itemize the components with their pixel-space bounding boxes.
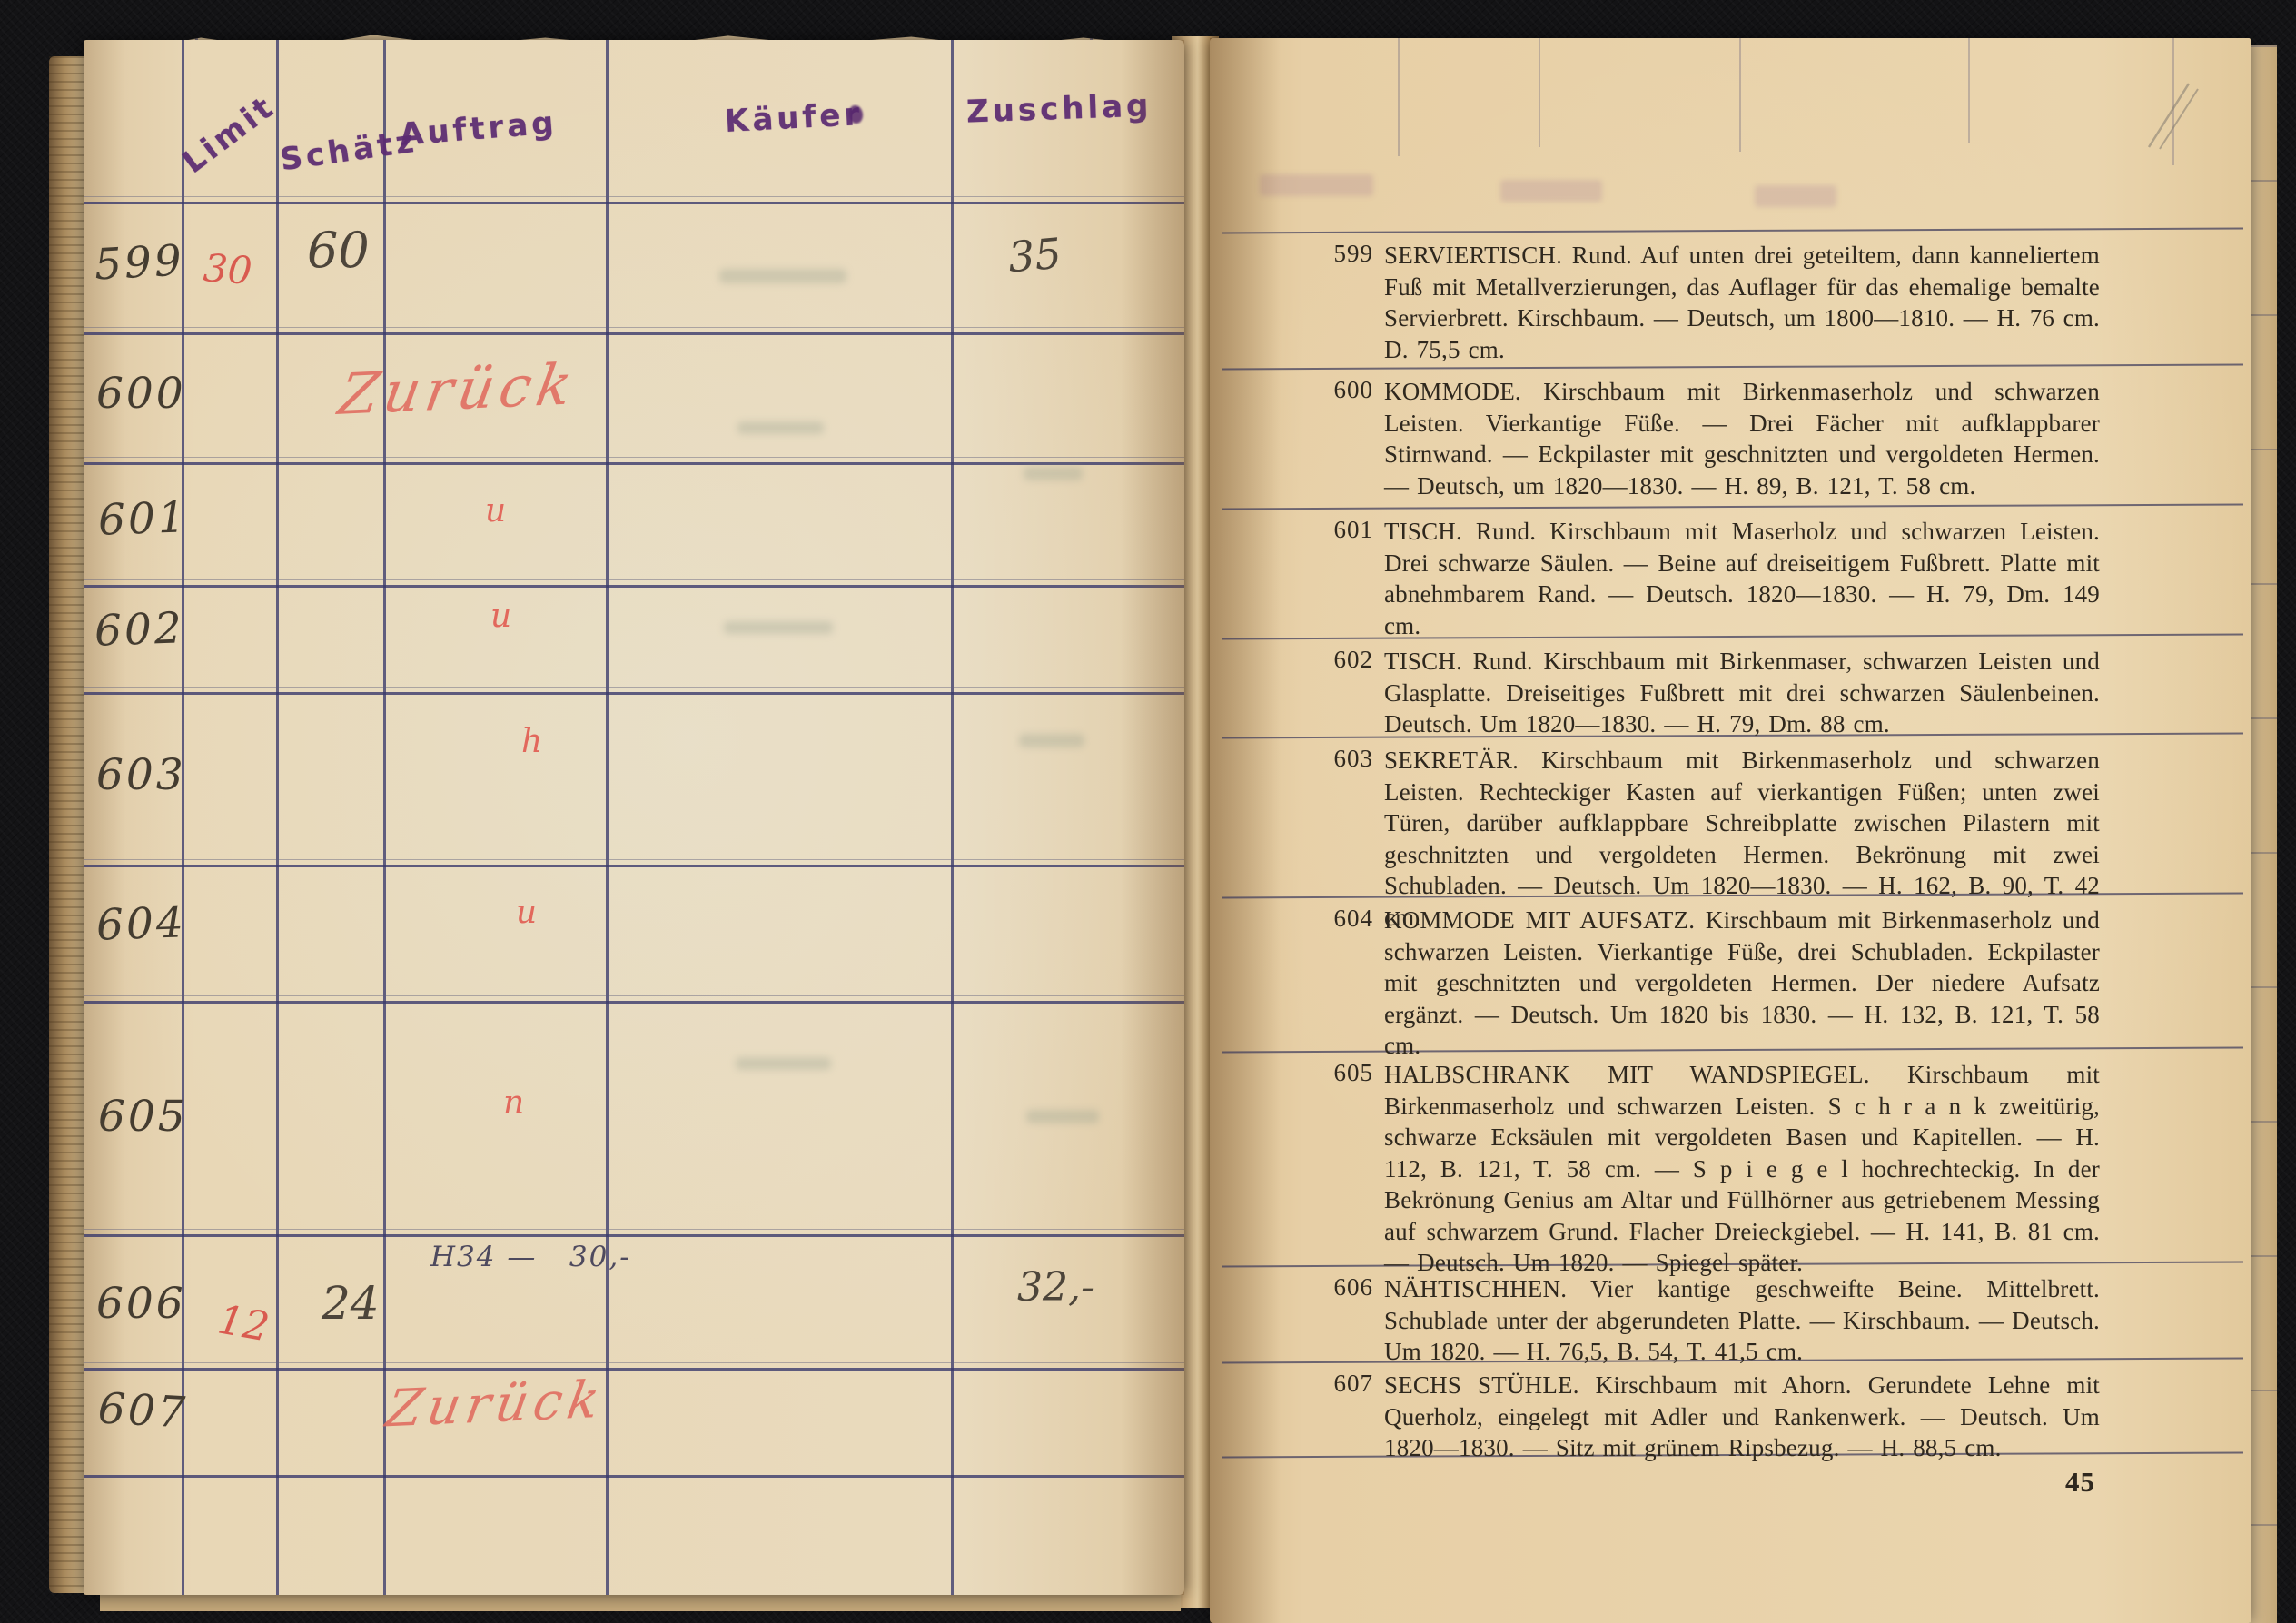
lot-number: 600	[96, 369, 186, 419]
entry-text: TISCH. Rund. Kirschbaum mit Birkenmaser,…	[1384, 646, 2100, 740]
zuschlag-value: 35	[1006, 229, 1064, 282]
entry-number: 600	[1296, 376, 1373, 404]
bleedthrough-stamp	[1755, 185, 1836, 207]
bleedthrough-smudge	[737, 421, 824, 434]
entry-text: HALBSCHRANK MIT WANDSPIEGEL. Kirschbaum …	[1384, 1059, 2100, 1279]
lot-number: 605	[98, 1092, 188, 1142]
entry-number: 606	[1296, 1273, 1373, 1301]
bleedthrough-smudge	[1019, 734, 1084, 747]
entry-number: 603	[1296, 745, 1373, 773]
bleedthrough-stamp	[1500, 180, 1602, 202]
bleedthrough-smudge	[719, 269, 846, 283]
zurueck-scribble: Zurück	[382, 1371, 609, 1440]
entry-number: 602	[1296, 646, 1373, 674]
schaetz-value: 60	[307, 222, 370, 279]
lot-number: 603	[96, 750, 186, 800]
zuschlag-value: 32,-	[1017, 1264, 1094, 1311]
column-stamp-limit: Limit	[176, 88, 282, 181]
column-stamp-auftrag: Auftrag	[399, 104, 559, 153]
bleedthrough-stamp	[1260, 174, 1373, 196]
entry-text: KOMMODE. Kirschbaum mit Birkenmaserholz …	[1384, 376, 2100, 501]
ditto-mark: u	[490, 598, 511, 635]
bleedthrough-smudge	[724, 621, 833, 634]
lot-number: 604	[95, 897, 187, 950]
lot-number: 607	[97, 1383, 189, 1438]
entry-number: 601	[1296, 516, 1373, 544]
catalog-page: 599 SERVIERTISCH. Rund. Auf unten drei g…	[1210, 38, 2251, 1623]
entry-number: 607	[1296, 1370, 1373, 1398]
limit-value: 12	[214, 1297, 272, 1351]
ledger-page: Limit Schätz Auftrag Käufer Zuschlag 599…	[84, 40, 1184, 1595]
limit-value: 30	[202, 245, 253, 293]
left-page-deckle-edge	[49, 56, 87, 1593]
entry-number: 599	[1296, 240, 1373, 268]
zurueck-scribble: Zurück	[334, 351, 582, 428]
page-number: 45	[2027, 1466, 2095, 1499]
bleedthrough-smudge	[1024, 467, 1083, 480]
lot-number: 606	[96, 1279, 186, 1329]
column-stamp-kaeufer: Käufer	[724, 96, 864, 140]
bleedthrough-smudge	[1026, 1110, 1099, 1123]
column-stamp-schaetz: Schätz	[278, 124, 420, 179]
entry-text: SECHS STÜHLE. Kirschbaum mit Ahorn. Geru…	[1384, 1370, 2100, 1464]
pencil-note: H34 — 30,-	[430, 1241, 631, 1273]
book-scan: Limit Schätz Auftrag Käufer Zuschlag 599…	[0, 0, 2296, 1623]
schaetz-value: 24	[322, 1277, 380, 1330]
entry-text: TISCH. Rund. Kirschbaum mit Maserholz un…	[1384, 516, 2100, 641]
entry-number: 605	[1296, 1059, 1373, 1087]
lot-number: 599	[94, 235, 185, 290]
lot-number: 601	[97, 492, 189, 545]
bleedthrough-smudge	[736, 1057, 831, 1070]
ditto-mark: n	[503, 1084, 524, 1122]
right-page-stack-edge	[2250, 45, 2277, 1623]
lot-number: 602	[94, 603, 185, 656]
ditto-mark: u	[516, 894, 537, 931]
ditto-mark: u	[485, 492, 506, 529]
ditto-mark: h	[521, 723, 542, 760]
entry-text: SERVIERTISCH. Rund. Auf unten drei getei…	[1384, 240, 2100, 365]
entry-number: 604	[1296, 905, 1373, 933]
entry-text: KOMMODE MIT AUFSATZ. Kirschbaum mit Birk…	[1384, 905, 2100, 1062]
pencil-scribble	[2145, 76, 2209, 153]
entry-text: NÄHTISCHHEN. Vier kantige geschweifte Be…	[1384, 1273, 2100, 1368]
